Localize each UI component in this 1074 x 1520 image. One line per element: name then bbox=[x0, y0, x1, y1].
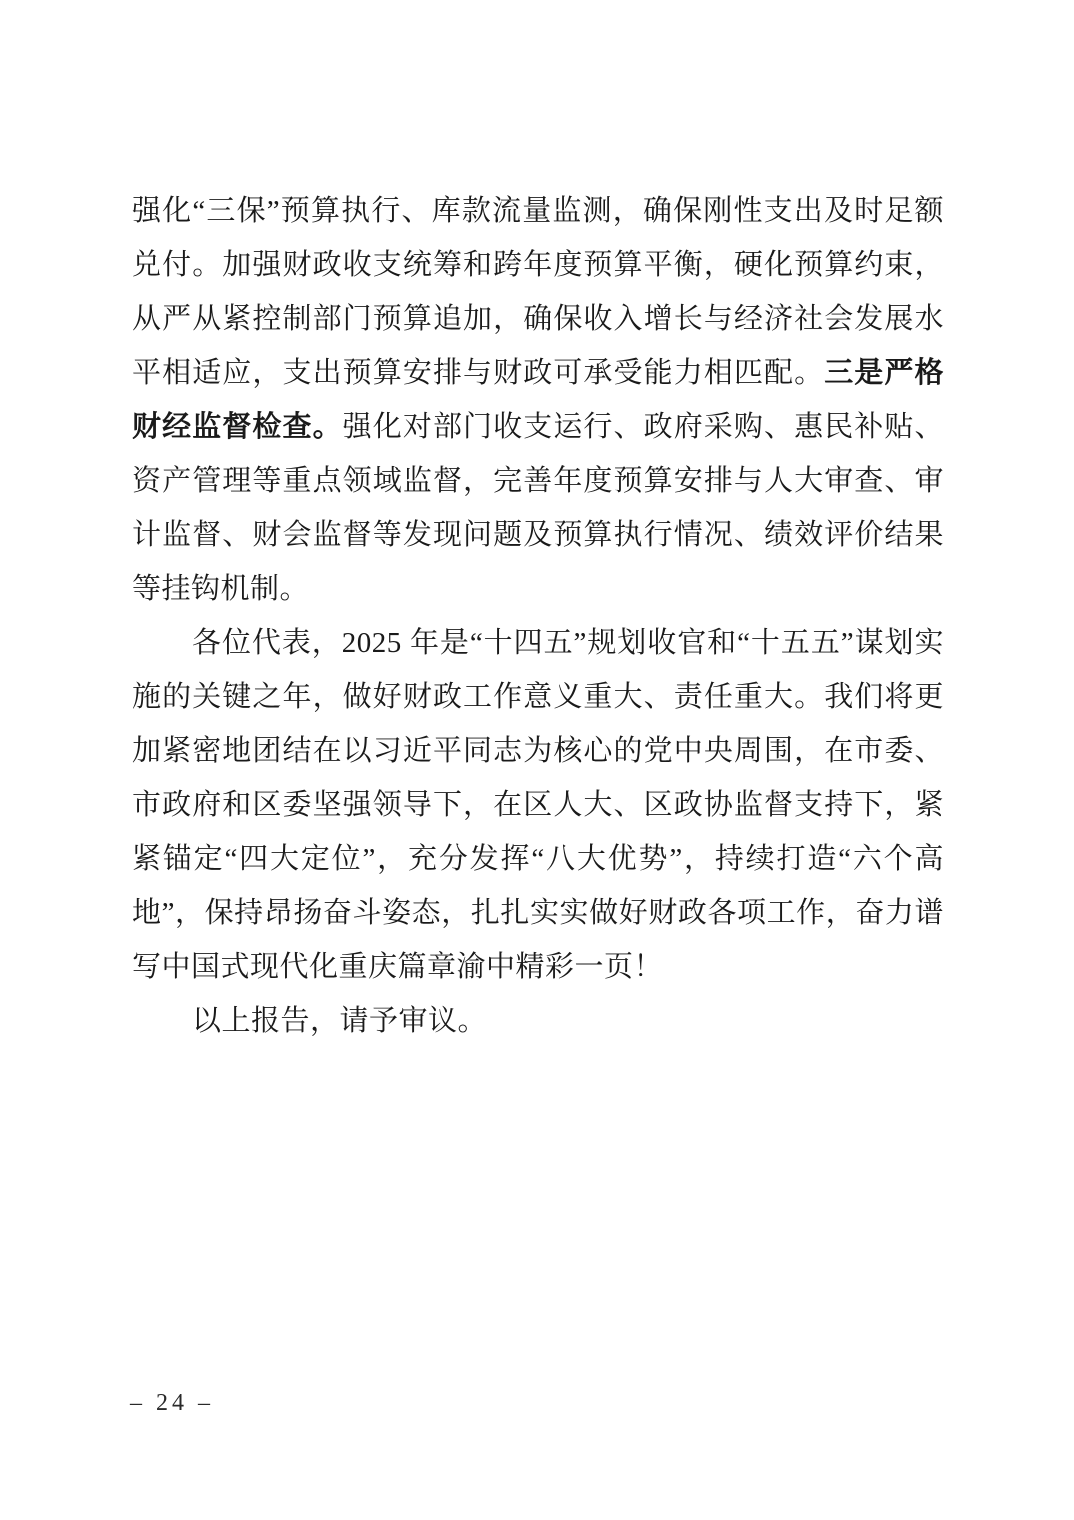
paragraph-budget-supervision: 强化“三保”预算执行、库款流量监测，确保刚性支出及时足额兑付。加强财政收支统筹和… bbox=[132, 184, 944, 616]
document-body: 强化“三保”预算执行、库款流量监测，确保刚性支出及时足额兑付。加强财政收支统筹和… bbox=[132, 184, 944, 1048]
paragraph-submission-for-review: 以上报告，请予审议。 bbox=[132, 994, 944, 1048]
document-page: 强化“三保”预算执行、库款流量监测，确保刚性支出及时足额兑付。加强财政收支统筹和… bbox=[0, 0, 1074, 1520]
para1-text-before-bold: 强化“三保”预算执行、库款流量监测，确保刚性支出及时足额兑付。加强财政收支统筹和… bbox=[132, 195, 944, 389]
paragraph-closing-remarks: 各位代表，2025 年是“十四五”规划收官和“十五五”谋划实施的关键之年，做好财… bbox=[132, 616, 944, 994]
page-number: – 24 – bbox=[130, 1388, 214, 1418]
